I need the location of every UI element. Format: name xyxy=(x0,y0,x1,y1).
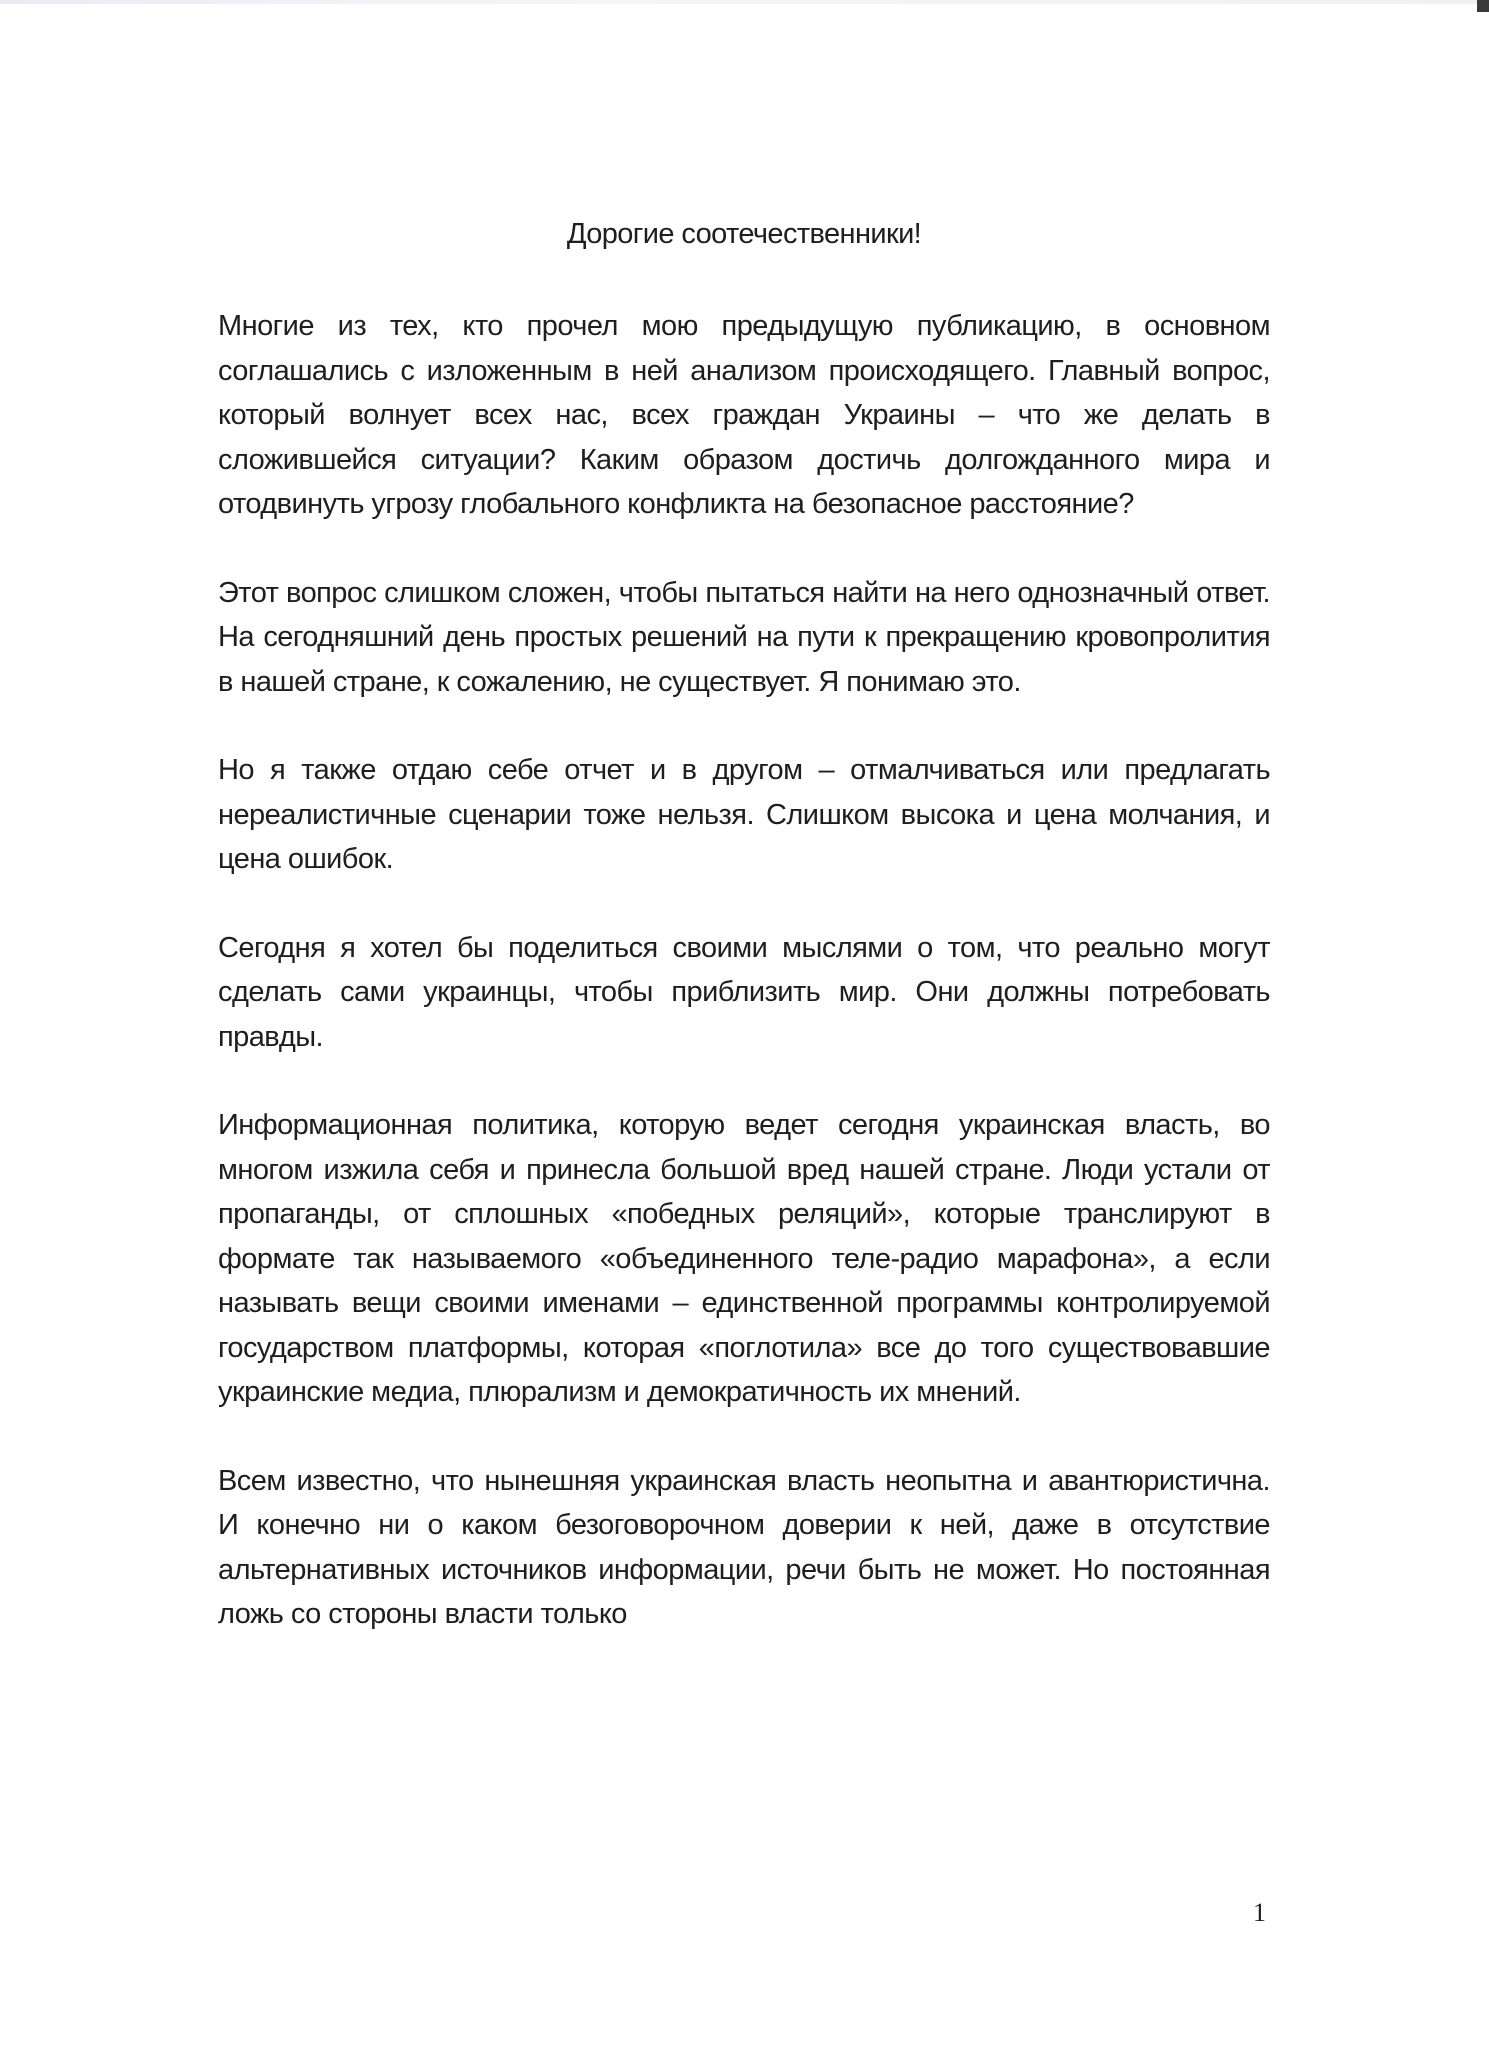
paragraph-2: Этот вопрос слишком сложен, чтобы пытать… xyxy=(218,571,1270,705)
page-number: 1 xyxy=(1253,1898,1266,1928)
document-title: Дорогие соотечественники! xyxy=(218,212,1270,256)
scan-edge xyxy=(0,0,1489,4)
paragraph-5: Информационная политика, которую ведет с… xyxy=(218,1103,1270,1415)
paragraph-6: Всем известно, что нынешняя украинская в… xyxy=(218,1459,1270,1637)
document-page: Дорогие соотечественники! Многие из тех,… xyxy=(218,212,1270,1681)
scan-corner-mark xyxy=(1477,0,1489,12)
paragraph-1: Многие из тех, кто прочел мою предыдущую… xyxy=(218,304,1270,527)
paragraph-3: Но я также отдаю себе отчет и в другом –… xyxy=(218,748,1270,882)
paragraph-4: Сегодня я хотел бы поделиться своими мыс… xyxy=(218,926,1270,1060)
